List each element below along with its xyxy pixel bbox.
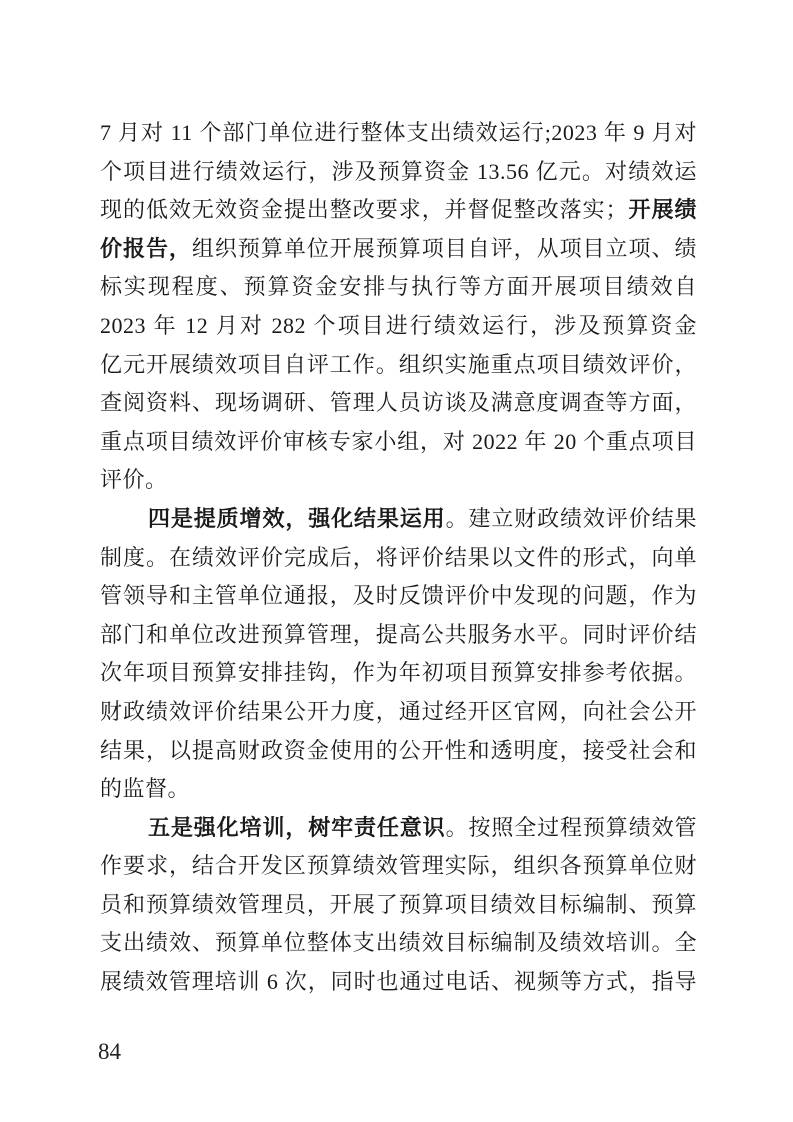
text-segment-bold: 五是强化培训，树牢责任意识	[148, 815, 446, 840]
text-line: 现的低效无效资金提出整改要求，并督促整改落实；开展绩效评	[100, 191, 697, 230]
text-line: 标实现程度、预算资金安排与执行等方面开展项目绩效自评。	[100, 268, 697, 307]
text-line: 查阅资料、现场调研、管理人员访谈及满意度调查等方面，组织	[100, 384, 697, 423]
text-segment: 结果，以提高财政资金使用的公开性和透明度，接受社会和公众	[100, 738, 697, 771]
text-segment: 部门和单位改进预算管理，提高公共服务水平。同时评价结果与	[100, 622, 697, 655]
text-segment: 7 月对 11 个部门单位进行整体支出绩效运行;2023 年 9 月对 219	[100, 120, 697, 153]
text-segment: 制度。在绩效评价完成后，将评价结果以文件的形式，向单位分	[100, 545, 697, 578]
text-line: 五是强化培训，树牢责任意识。按照全过程预算绩效管理工	[100, 809, 697, 848]
text-segment: 个项目进行绩效运行，涉及预算资金 13.56 亿元。对绩效运行发	[100, 159, 697, 192]
text-line: 支出绩效、预算单位整体支出绩效目标编制及绩效培训。全年开	[100, 924, 697, 963]
text-line: 的监督。	[100, 770, 697, 809]
text-segment: 员和预算绩效管理员，开展了预算项目绩效目标编制、预算项目	[100, 892, 697, 925]
text-line: 制度。在绩效评价完成后，将评价结果以文件的形式，向单位分	[100, 539, 697, 578]
text-line: 结果，以提高财政资金使用的公开性和透明度，接受社会和公众	[100, 732, 697, 771]
text-segment: 的监督。	[100, 776, 190, 801]
text-segment: 作要求，结合开发区预算绩效管理实际，组织各预算单位财政人	[100, 853, 697, 886]
text-segment-bold: 价报告，	[100, 236, 192, 261]
text-line: 作要求，结合开发区预算绩效管理实际，组织各预算单位财政人	[100, 847, 697, 886]
text-line: 员和预算绩效管理员，开展了预算项目绩效目标编制、预算项目	[100, 886, 697, 925]
text-line: 亿元开展绩效项目自评工作。组织实施重点项目绩效评价，通过	[100, 346, 697, 385]
text-line: 7 月对 11 个部门单位进行整体支出绩效运行;2023 年 9 月对 219	[100, 114, 697, 153]
text-line: 个项目进行绩效运行，涉及预算资金 13.56 亿元。对绩效运行发	[100, 153, 697, 192]
text-line: 价报告，组织预算单位开展预算项目自评，从项目立项、绩效目	[100, 230, 697, 269]
text-line: 展绩效管理培训 6 次，同时也通过电话、视频等方式，指导各单	[100, 963, 697, 1002]
text-segment-bold: 四是提质增效，强化结果运用	[148, 506, 446, 531]
text-segment: 2023 年 12 月对 282 个项目进行绩效运行，涉及预算资金 16.00	[100, 313, 697, 346]
page-number: 84	[98, 1038, 121, 1066]
text-line: 次年项目预算安排挂钩，作为年初项目预算安排参考依据。加大	[100, 654, 697, 693]
text-segment: 支出绩效、预算单位整体支出绩效目标编制及绩效培训。全年开	[100, 930, 697, 963]
text-segment: 现的低效无效资金提出整改要求，并督促整改落实；	[100, 197, 628, 222]
text-segment: 展绩效管理培训 6 次，同时也通过电话、视频等方式，指导各单	[100, 969, 697, 1002]
text-line: 评价。	[100, 461, 697, 500]
text-line: 管领导和主管单位通报，及时反馈评价中发现的问题，作为评价	[100, 577, 697, 616]
text-segment: 次年项目预算安排挂钩，作为年初项目预算安排参考依据。加大	[100, 660, 697, 693]
document-body: 7 月对 11 个部门单位进行整体支出绩效运行;2023 年 9 月对 219 …	[100, 114, 697, 1002]
text-segment: 标实现程度、预算资金安排与执行等方面开展项目绩效自评。	[100, 274, 697, 307]
document-page: 7 月对 11 个部门单位进行整体支出绩效运行;2023 年 9 月对 219 …	[0, 0, 793, 1122]
text-line: 财政绩效评价结果公开力度，通过经开区官网，向社会公开评价	[100, 693, 697, 732]
text-segment: 查阅资料、现场调研、管理人员访谈及满意度调查等方面，组织	[100, 390, 697, 423]
text-segment: 重点项目绩效评价审核专家小组，对 2022 年 20 个重点项目予以	[100, 429, 697, 462]
text-segment: 评价。	[100, 467, 168, 492]
text-segment: 亿元开展绩效项目自评工作。组织实施重点项目绩效评价，通过	[100, 352, 697, 385]
text-segment: 财政绩效评价结果公开力度，通过经开区官网，向社会公开评价	[100, 699, 697, 732]
text-line: 部门和单位改进预算管理，提高公共服务水平。同时评价结果与	[100, 616, 697, 655]
text-segment: 管领导和主管单位通报，及时反馈评价中发现的问题，作为评价	[100, 583, 697, 616]
text-line: 四是提质增效，强化结果运用。建立财政绩效评价结果通报	[100, 500, 697, 539]
text-line: 2023 年 12 月对 282 个项目进行绩效运行，涉及预算资金 16.00	[100, 307, 697, 346]
text-line: 重点项目绩效评价审核专家小组，对 2022 年 20 个重点项目予以	[100, 423, 697, 462]
